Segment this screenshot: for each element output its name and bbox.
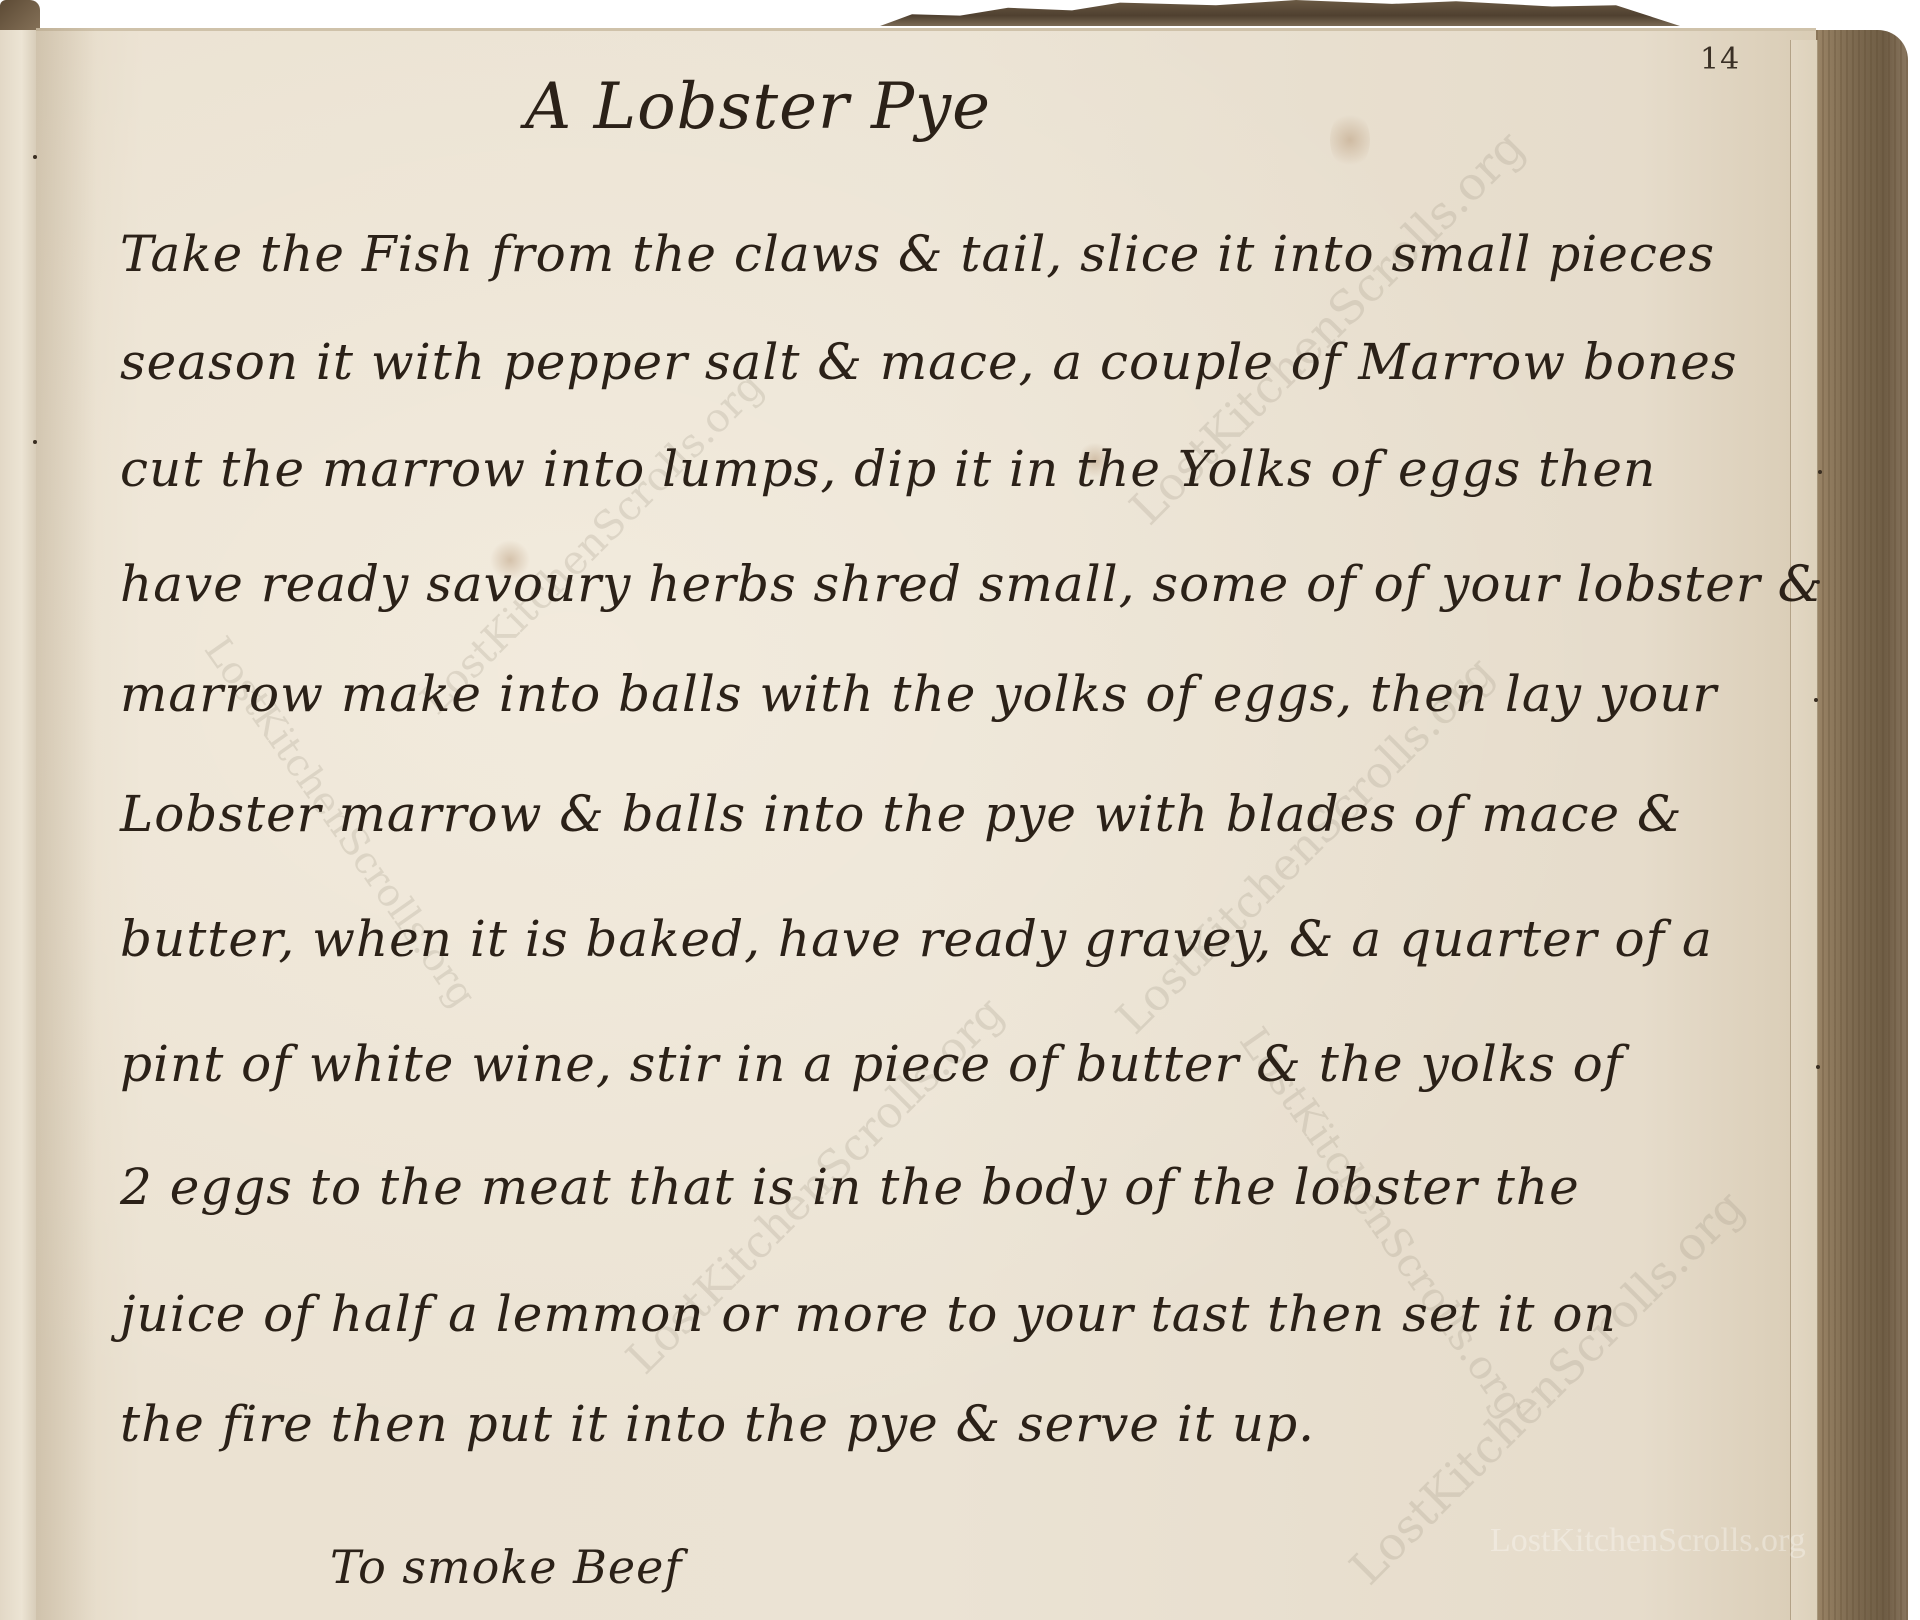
next-recipe-title: To smoke Beef — [330, 1540, 682, 1594]
binding-hole — [33, 155, 37, 159]
recipe-line: butter, when it is baked, have ready gra… — [120, 910, 1713, 968]
margin-ink-mark — [1816, 1065, 1820, 1069]
recipe-line: cut the marrow into lumps, dip it in the… — [120, 440, 1656, 498]
page-number: 14 — [1700, 42, 1740, 77]
margin-ink-mark — [1814, 698, 1818, 702]
facing-page-edge — [0, 30, 38, 1620]
recipe-line: the fire then put it into the pye & serv… — [120, 1395, 1315, 1453]
gutter-shadow — [36, 28, 96, 1620]
watermark-corner[interactable]: LostKitchenScrolls.org — [1490, 1522, 1806, 1560]
margin-ink-mark — [1818, 470, 1822, 474]
recipe-line: juice of half a lemmon or more to your t… — [120, 1285, 1617, 1343]
recipe-line: have ready savoury herbs shred small, so… — [120, 555, 1823, 613]
recipe-line: marrow make into balls with the yolks of… — [120, 665, 1717, 723]
paper-stain — [1330, 110, 1370, 170]
recipe-line: Take the Fish from the claws & tail, sli… — [120, 225, 1715, 283]
recipe-title: A Lobster Pye — [525, 70, 991, 144]
book-page-block — [1816, 30, 1908, 1620]
recipe-line: pint of white wine, stir in a piece of b… — [120, 1035, 1623, 1093]
binding-hole — [33, 440, 37, 444]
page-right-edge — [1790, 40, 1818, 1620]
recipe-line: season it with pepper salt & mace, a cou… — [120, 333, 1737, 391]
book-spine-top-torn — [880, 0, 1680, 26]
recipe-line: 2 eggs to the meat that is in the body o… — [120, 1158, 1580, 1216]
recipe-line: Lobster marrow & balls into the pye with… — [120, 785, 1682, 843]
